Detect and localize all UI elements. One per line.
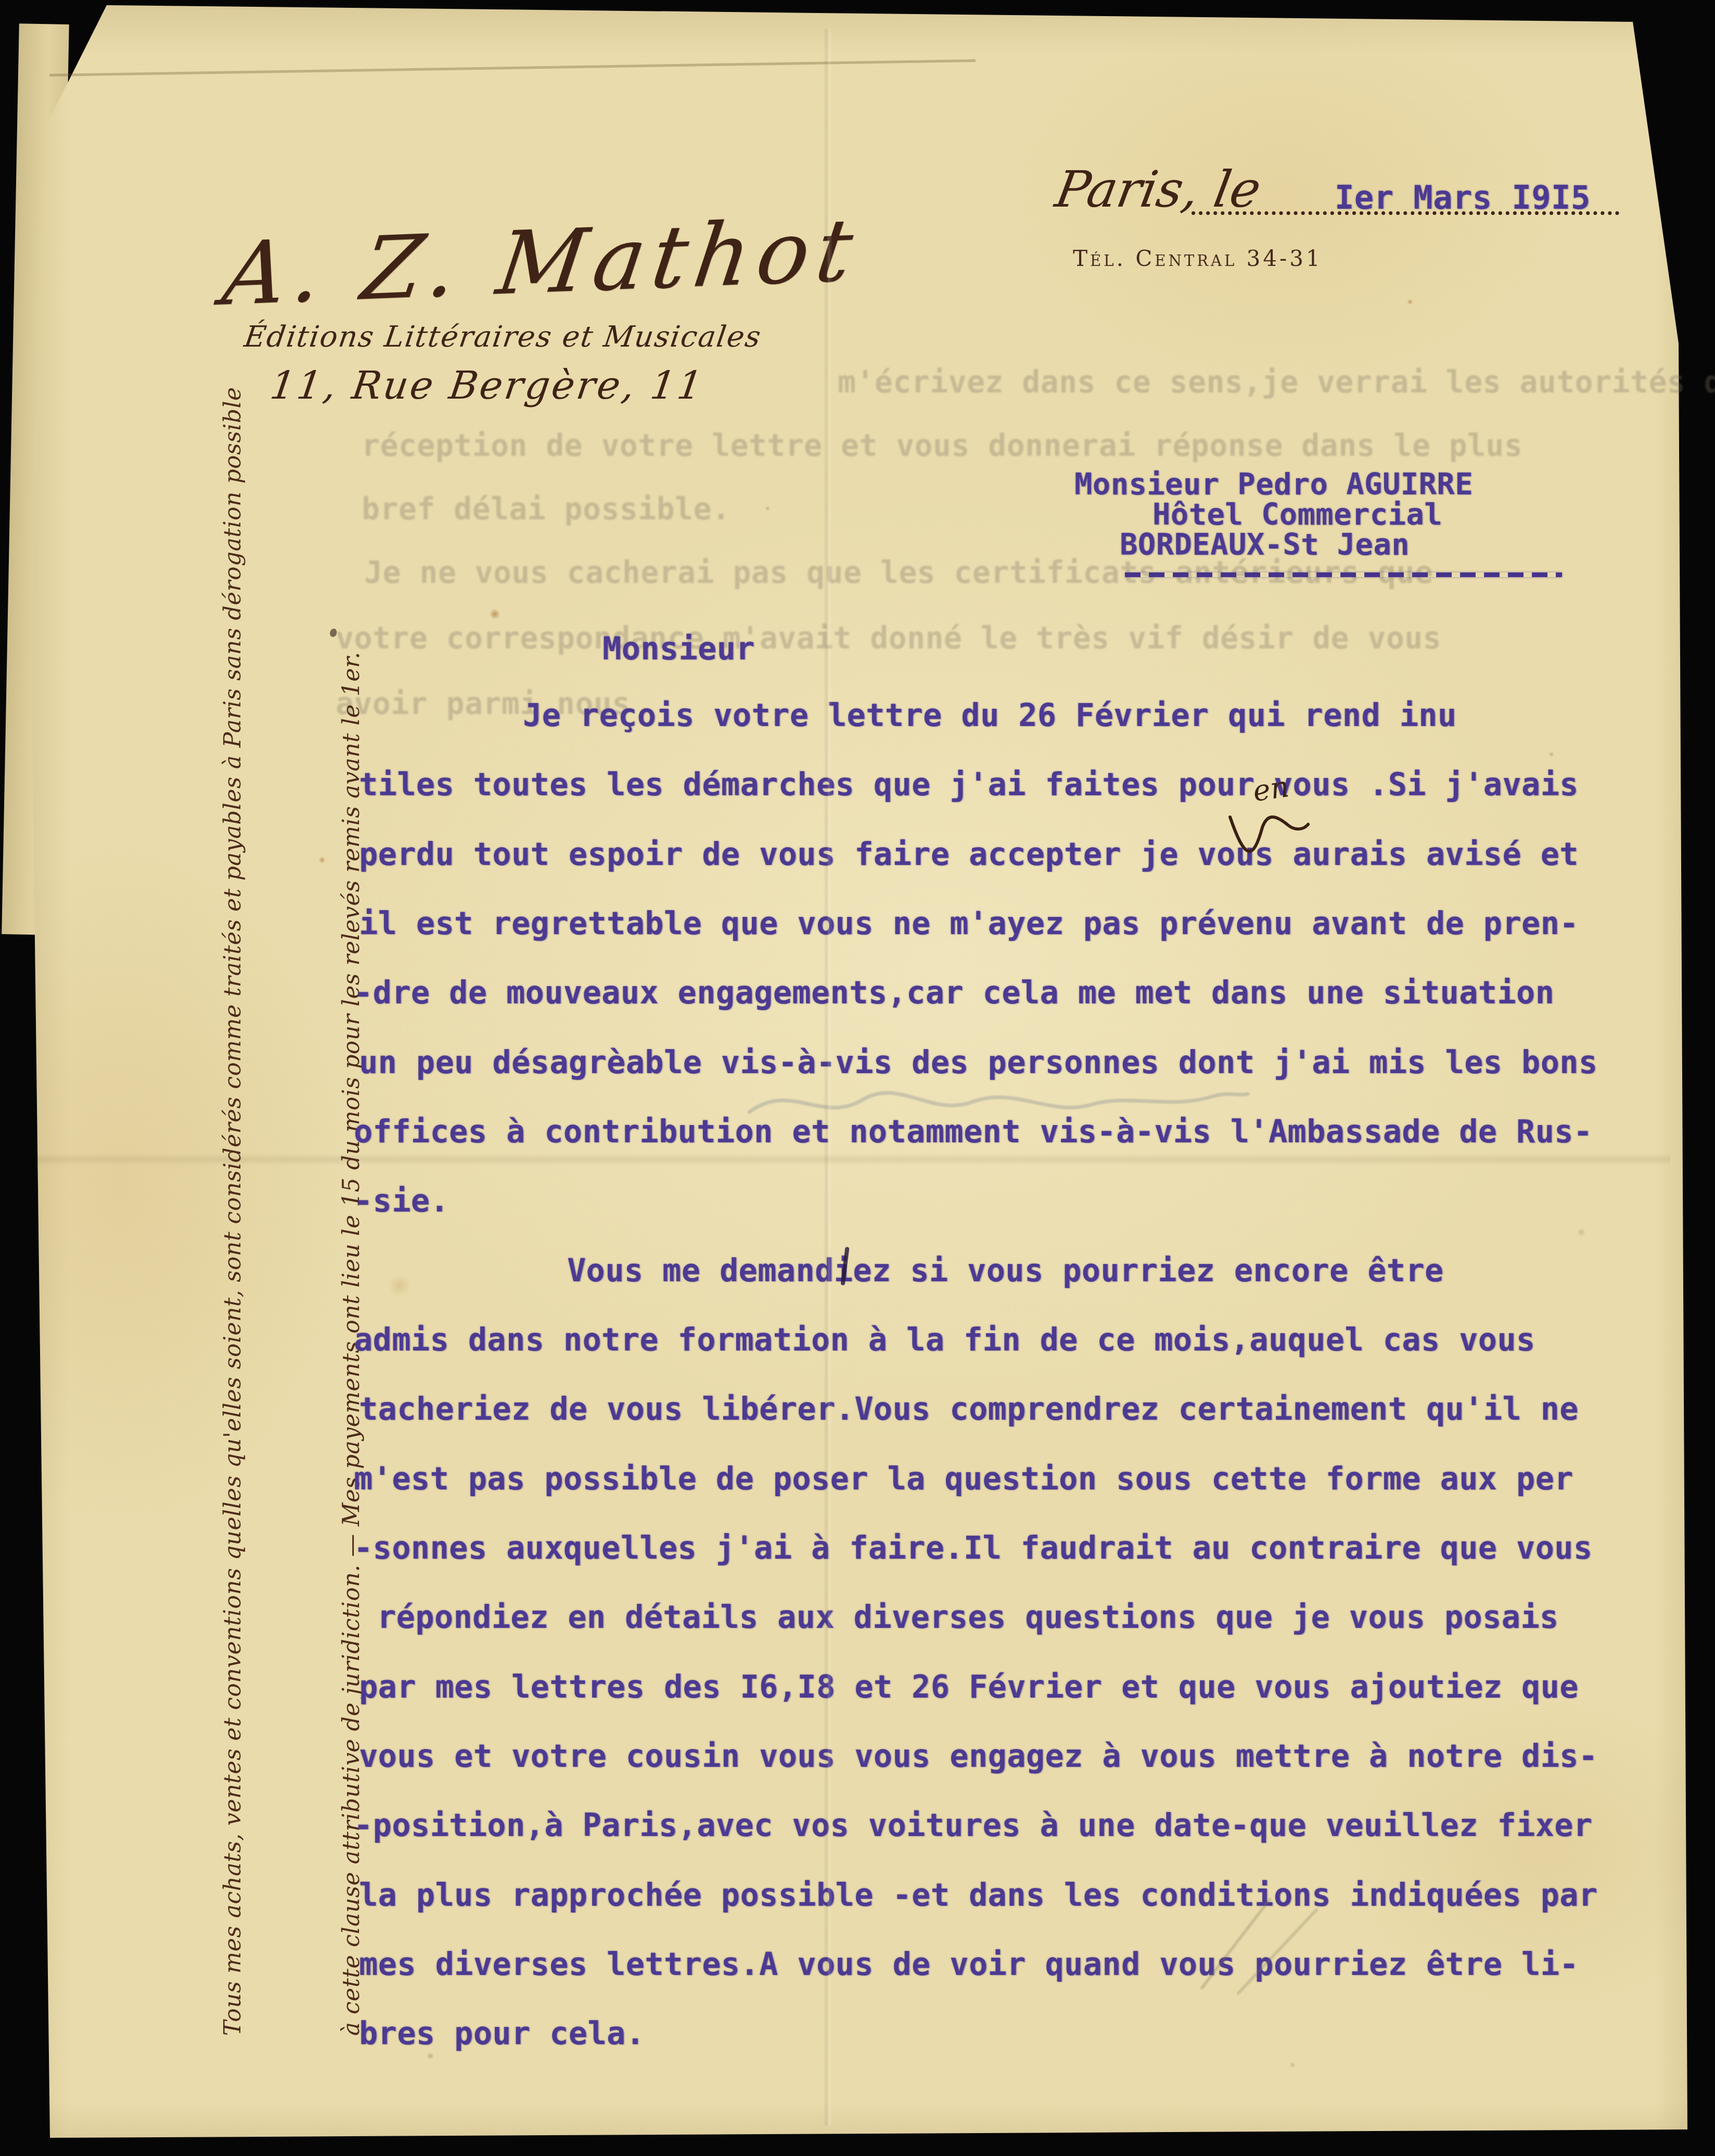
- recipient-dashed-rule: [1125, 572, 1562, 577]
- body-line: -sonnes auxquelles j'ai à faire.Il faudr…: [354, 1530, 1593, 1566]
- ghost-line: votre correspondance m'avait donné le tr…: [336, 620, 1441, 656]
- body-line: admis dans notre formation à la fin de c…: [354, 1322, 1535, 1358]
- letterhead-address: 11, Rue Bergère, 11: [267, 363, 707, 408]
- handwritten-insertion: en: [1251, 770, 1291, 808]
- recipient-name: Monsieur Pedro AGUIRRE: [1074, 467, 1473, 502]
- recipient-city: BORDEAUX-St Jean: [1120, 528, 1410, 562]
- body-line: par mes lettres des I6,I8 et 26 Février …: [359, 1669, 1579, 1705]
- paper-stain: [1407, 299, 1413, 305]
- body-line: bres pour cela.: [359, 2015, 645, 2052]
- fold-crease-vertical: [823, 29, 833, 2126]
- margin-clause: Tous mes achats, ventes et conventions q…: [134, 495, 411, 2036]
- body-line: perdu tout espoir de vous faire accepter…: [359, 836, 1579, 873]
- recipient-hotel: Hôtel Commercial: [1153, 497, 1442, 532]
- body-line: mes diverses lettres.A vous de voir quan…: [359, 1946, 1579, 1983]
- body-line: m'est pas possible de poser la question …: [354, 1461, 1573, 1497]
- letterhead-telephone: Tél. Central 34-31: [1073, 246, 1323, 271]
- body-line: Je reçois votre lettre du 26 Février qui…: [523, 697, 1457, 734]
- margin-clause-line1: Tous mes achats, ventes et conventions q…: [213, 495, 253, 2036]
- dateline-date: Ier Mars I9I5: [1335, 178, 1591, 216]
- body-line: tacheriez de vous libérer.Vous comprendr…: [359, 1391, 1579, 1427]
- pencil-marks: [1192, 1889, 1337, 1998]
- salutation: Monsieur: [603, 631, 755, 667]
- pencil-scribble: [744, 1068, 1254, 1136]
- letterhead-subtitle: Éditions Littéraires et Musicales: [242, 320, 763, 354]
- paper-stain: [388, 1275, 412, 1296]
- body-line: -dre de mouveaux engagements,car cela me…: [354, 975, 1554, 1011]
- paper-stain: [489, 609, 501, 619]
- paper-stain: [318, 857, 326, 863]
- body-line: -sie.: [354, 1183, 449, 1219]
- body-line: -position,à Paris,avec vos voitures à un…: [354, 1807, 1593, 1844]
- ghost-line: m'écrivez dans ce sens,je verrai les aut…: [838, 364, 1715, 400]
- fold-crease-horizontal: [36, 1153, 1670, 1166]
- body-line: tiles toutes les démarches que j'ai fait…: [359, 767, 1579, 803]
- body-line: il est regrettable que vous ne m'ayez pa…: [359, 905, 1579, 942]
- ghost-line: bref délai possible.: [362, 491, 730, 527]
- paper-stain: [1548, 751, 1554, 757]
- margin-clause-line2: à cette clause attributive de juridictio…: [332, 495, 372, 2036]
- ghost-line: réception de votre lettre et vous donner…: [362, 428, 1522, 463]
- body-line: répondiez en détails aux diverses questi…: [377, 1599, 1559, 1636]
- body-line: la plus rapprochée possible -et dans les…: [359, 1877, 1598, 1913]
- body-line: Vous me demandiez si vous pourriez encor…: [567, 1253, 1444, 1289]
- insertion-caret-icon: [1226, 810, 1314, 867]
- paper-stain: [765, 506, 770, 511]
- paper-stain: [427, 2052, 434, 2060]
- body-line: vous et votre cousin vous vous engagez à…: [359, 1738, 1598, 1775]
- paper-stain: [1289, 2062, 1296, 2068]
- paper-stain: [1577, 1228, 1586, 1236]
